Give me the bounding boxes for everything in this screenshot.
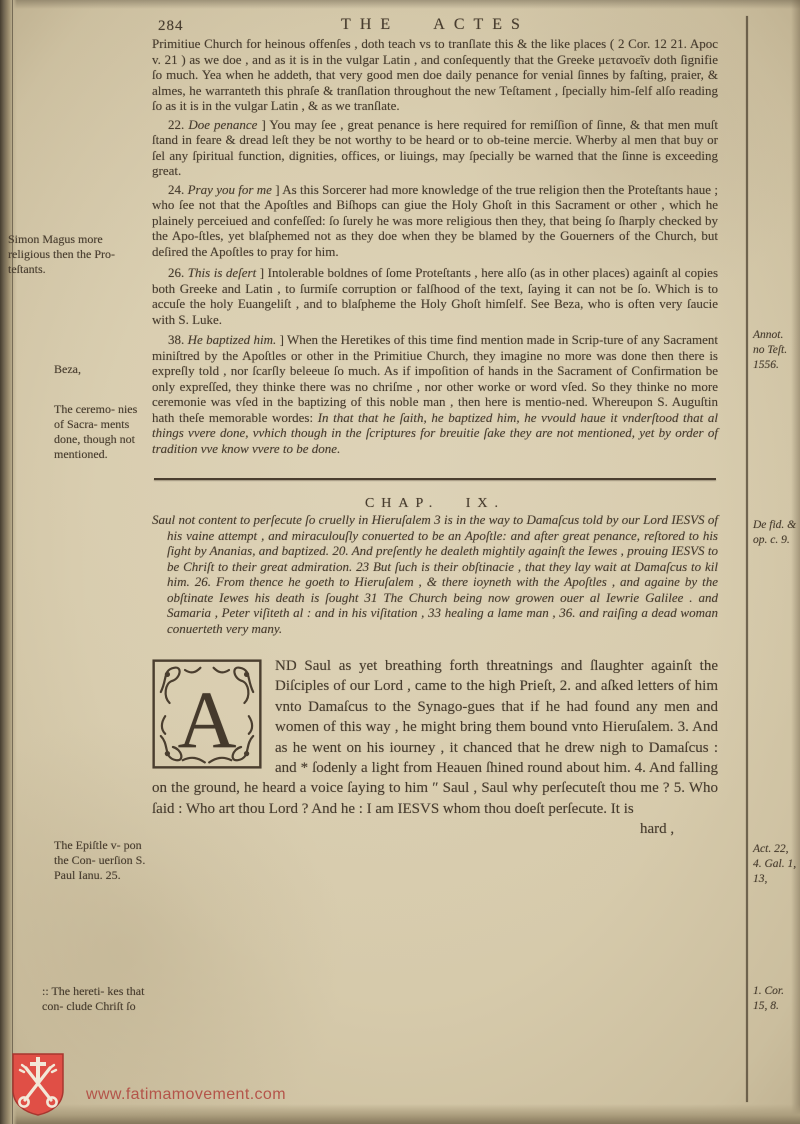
section-divider-rule bbox=[154, 478, 716, 480]
woodcut-initial-A: A bbox=[152, 659, 262, 769]
margin-rule-line bbox=[746, 16, 748, 1102]
main-text-column: Primitiue Church for heinous offenſes , … bbox=[152, 36, 718, 839]
annotation-number: 22. bbox=[168, 117, 184, 132]
running-title: THE ACTES bbox=[152, 16, 718, 34]
chapter-heading: Chap. IX. bbox=[152, 492, 718, 512]
fatima-shield-logo bbox=[11, 1052, 65, 1118]
annotation-lemma: He baptized him. bbox=[188, 332, 277, 347]
annotation-paragraph: Primitiue Church for heinous offenſes , … bbox=[152, 36, 718, 114]
margin-note-simon-magus: Simon Magus more religious then the Pro-… bbox=[8, 232, 146, 277]
annotation-lemma: This is deſert bbox=[188, 265, 256, 280]
page-edge-top bbox=[0, 0, 800, 9]
chapter-heading-text: Chap. IX. bbox=[365, 496, 505, 511]
page-edge-line bbox=[12, 0, 13, 1124]
watermark-url: www.fatimamovement.com bbox=[86, 1086, 286, 1104]
annotation-paragraph: 38. He baptized him. ] When the Heretike… bbox=[152, 332, 718, 456]
annotation-paragraph: 22. Doe penance ] You may ſee , great pe… bbox=[152, 117, 718, 179]
margin-ref-1-cor: 1. Cor. 15, 8. bbox=[753, 984, 798, 1014]
margin-note-epistle: The Epiſtle v- pon the Con- uerſion S. P… bbox=[54, 838, 150, 883]
annotation-text: Primitiue Church for heinous offenſes , … bbox=[152, 36, 718, 113]
margin-note-beza: Beza, bbox=[54, 362, 149, 377]
annotation-lemma: Pray you for me bbox=[188, 182, 272, 197]
catchword: hard , bbox=[152, 819, 718, 839]
margin-ref-acts-gal: Act. 22, 4. Gal. 1, 13, bbox=[753, 842, 797, 887]
margin-ref-annot-test: Annot. no Teſt. 1556. bbox=[753, 328, 797, 373]
page-edge-bottom bbox=[0, 1104, 800, 1124]
page-edge-right bbox=[791, 0, 800, 1124]
annotation-paragraph: 24. Pray you for me ] As this Sorcerer h… bbox=[152, 182, 718, 260]
dropcap-ornament-icon: A bbox=[152, 659, 262, 769]
annotation-lemma: Doe penance bbox=[188, 117, 257, 132]
margin-note-ceremonies: The ceremo- nies of Sacra- ments done, t… bbox=[54, 402, 150, 462]
margin-ref-de-fide: De fid. & op. c. 9. bbox=[753, 518, 797, 548]
dropcap-letter: A bbox=[178, 674, 237, 765]
scanned-page: 284 THE ACTES Primitiue Church for heino… bbox=[0, 0, 800, 1124]
chapter-argument: Saul not content to perſecute ſo cruelly… bbox=[152, 512, 718, 636]
page-edge-shadow bbox=[0, 0, 17, 1124]
annotation-number: 38. bbox=[168, 332, 184, 347]
scripture-body: A ND Saul as yet breathing forth threatn… bbox=[152, 656, 718, 839]
annotation-number: 24. bbox=[168, 182, 184, 197]
margin-note-heretikes: :: The hereti- kes that con- clude Chriſ… bbox=[42, 984, 150, 1014]
crossed-keys-shield-icon bbox=[11, 1052, 65, 1118]
annotation-number: 26. bbox=[168, 265, 184, 280]
annotation-paragraph: 26. This is deſert ] Intolerable boldnes… bbox=[152, 265, 718, 327]
